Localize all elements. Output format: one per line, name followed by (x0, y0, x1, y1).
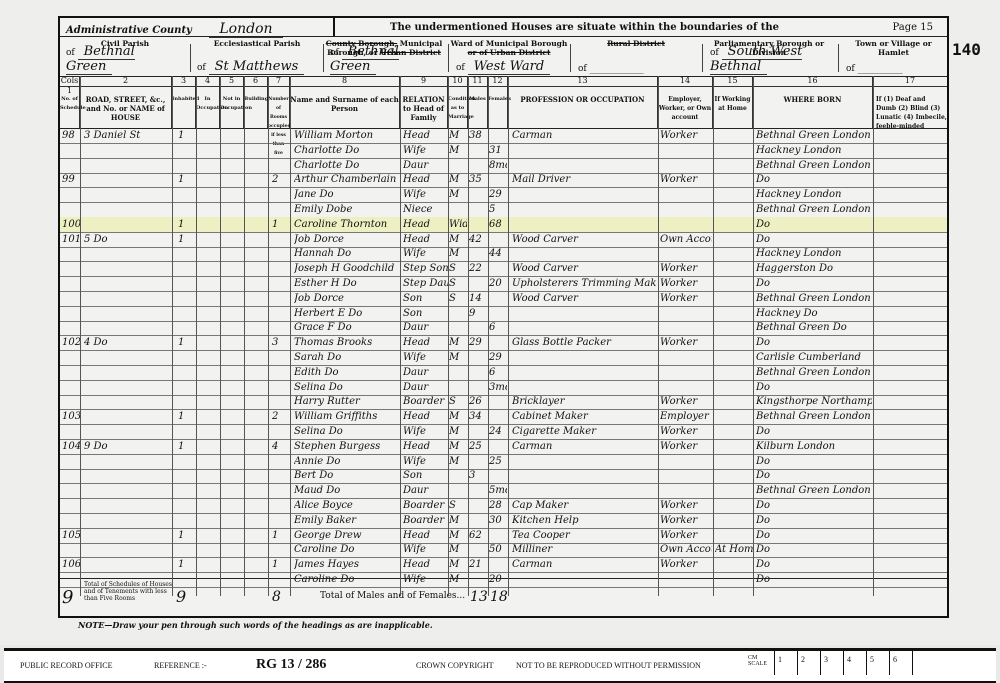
cell-rooms (272, 232, 288, 247)
total-mf-label: Total of Males and of Females... (320, 591, 465, 601)
cell-m (469, 276, 487, 291)
total-houses-value: 9 (176, 587, 186, 606)
cell-f: 20 (489, 276, 507, 291)
total-males: 13 (470, 589, 488, 605)
cell-name: Caroline Thornton (294, 217, 402, 232)
cell-cond: S (449, 394, 467, 409)
cell-home (715, 424, 753, 439)
cell-inh (178, 483, 192, 498)
cell-inh: 1 (178, 528, 192, 543)
cell-born: Do (756, 217, 872, 232)
table-row: Annie DoWifeM25Do (60, 454, 947, 470)
cell-occ: Wood Carver (512, 232, 656, 247)
cell-rel: Step Daur (403, 276, 449, 291)
table-row: Edith DoDaur6Bethnal Green London (60, 365, 947, 381)
cell-f: 3mo (489, 380, 507, 395)
table-row: Hannah DoWifeM44Hackney London (60, 246, 947, 262)
cell-sched: 104 (62, 439, 80, 454)
cell-cond: M (449, 232, 467, 247)
table-row: Emily BakerBoarderM30Kitchen HelpWorkerD… (60, 513, 947, 529)
cell-rooms (272, 187, 288, 202)
col-name: 8Name and Surname of each Person (290, 76, 400, 128)
cell-emp: Worker (660, 261, 712, 276)
cell-rooms (272, 365, 288, 380)
cell-born: Bethnal Green Do (756, 320, 872, 335)
cell-born: Do (756, 468, 872, 483)
ward: Ward of Municipal Boroughor of Urban Dis… (450, 36, 568, 76)
cell-rooms: 1 (272, 217, 288, 232)
cell-f: 44 (489, 246, 507, 261)
cell-sched (62, 306, 80, 321)
cell-address (84, 409, 170, 424)
cell-inh (178, 246, 192, 261)
cell-sched (62, 513, 80, 528)
table-row: Caroline DoWifeM50MillinerOwn AccountAt … (60, 542, 947, 558)
cell-m: 34 (469, 409, 487, 424)
cell-home (715, 276, 753, 291)
cell-address (84, 276, 170, 291)
cell-m (469, 187, 487, 202)
cell-occ: Glass Bottle Packer (512, 335, 656, 350)
cell-born: Do (756, 454, 872, 469)
cell-sched (62, 483, 80, 498)
cell-m: 62 (469, 528, 487, 543)
cell-emp: Worker (660, 439, 712, 454)
rural-district: Rural District of ____________ (572, 36, 700, 76)
cell-inh: 1 (178, 335, 192, 350)
cell-sched (62, 261, 80, 276)
cell-emp (660, 468, 712, 483)
cell-name: Sarah Do (294, 350, 402, 365)
column-rule (873, 76, 874, 596)
table-row: Herbert E DoSon9Hackney Do (60, 306, 947, 322)
cell-rooms (272, 394, 288, 409)
cell-address (84, 528, 170, 543)
cell-born: Hackney Do (756, 306, 872, 321)
cell-rooms (272, 291, 288, 306)
cell-emp: Worker (660, 498, 712, 513)
col-occupation: 13PROFESSION OR OCCUPATION (508, 76, 658, 128)
cell-rel: Head (403, 128, 449, 143)
cell-rooms (272, 246, 288, 261)
cell-sched: 102 (62, 335, 80, 350)
cell-home (715, 394, 753, 409)
cell-emp (660, 246, 712, 261)
cell-occ (512, 380, 656, 395)
cell-f (489, 232, 507, 247)
cell-occ: Upholsterers Trimming Maker (512, 276, 656, 291)
col-inhabited: 3Inhabited (172, 76, 196, 128)
cell-home (715, 232, 753, 247)
cell-f: 68 (489, 217, 507, 232)
cell-occ: Bricklayer (512, 394, 656, 409)
cell-rel: Wife (403, 454, 449, 469)
cell-f (489, 468, 507, 483)
cell-rel: Son (403, 306, 449, 321)
cell-inh (178, 306, 192, 321)
cell-cond: M (449, 439, 467, 454)
cell-cond: M (449, 143, 467, 158)
cell-f (489, 335, 507, 350)
cell-emp (660, 202, 712, 217)
cell-emp: Worker (660, 291, 712, 306)
cell-born: Haggerston Do (756, 261, 872, 276)
cell-m (469, 380, 487, 395)
cell-cond (449, 483, 467, 498)
cell-m (469, 246, 487, 261)
cell-name: Caroline Do (294, 542, 402, 557)
table-row: Job DorceSonS14Wood CarverWorkerBethnal … (60, 291, 947, 307)
cell-occ (512, 202, 656, 217)
cell-rel: Wife (403, 246, 449, 261)
cell-home (715, 365, 753, 380)
cell-emp (660, 483, 712, 498)
cell-m (469, 158, 487, 173)
cell-inh (178, 394, 192, 409)
cell-rel: Daur (403, 158, 449, 173)
cell-emp: Worker (660, 394, 712, 409)
cell-born: Do (756, 335, 872, 350)
cell-f: 8mo (489, 158, 507, 173)
cell-rel: Head (403, 335, 449, 350)
cell-occ (512, 246, 656, 261)
cell-rooms: 4 (272, 439, 288, 454)
cell-name: Charlotte Do (294, 143, 402, 158)
cell-emp: Worker (660, 424, 712, 439)
table-row: Bert DoSon3Do (60, 468, 947, 484)
cell-home (715, 483, 753, 498)
cell-born: Do (756, 513, 872, 528)
cell-f: 30 (489, 513, 507, 528)
cell-cond (449, 202, 467, 217)
cell-rel: Boarder (403, 498, 449, 513)
cell-cond: M (449, 409, 467, 424)
cell-born: Bethnal Green London (756, 158, 872, 173)
cell-inh (178, 158, 192, 173)
cell-address (84, 424, 170, 439)
cell-m (469, 498, 487, 513)
cell-rooms (272, 498, 288, 513)
table-row: Emily DobeNiece5Bethnal Green London (60, 202, 947, 218)
cell-rel: Daur (403, 320, 449, 335)
cell-m: 21 (469, 557, 487, 572)
cell-rooms (272, 542, 288, 557)
page-number: Page 15 (893, 22, 933, 33)
table-row: 1024 Do13Thomas BrooksHeadM29Glass Bottl… (60, 335, 947, 351)
column-rule (713, 76, 714, 596)
archive-footer: PUBLIC RECORD OFFICE REFERENCE :- RG 13 … (4, 648, 996, 683)
cell-cond: M (449, 172, 467, 187)
cell-m (469, 320, 487, 335)
cell-address (84, 306, 170, 321)
cell-f: 5mo (489, 483, 507, 498)
cell-emp (660, 158, 712, 173)
cell-home (715, 202, 753, 217)
cell-sched (62, 320, 80, 335)
cell-rooms (272, 261, 288, 276)
cell-home (715, 528, 753, 543)
cell-name: Alice Boyce (294, 498, 402, 513)
cell-rooms: 1 (272, 528, 288, 543)
cell-emp (660, 143, 712, 158)
cell-occ: Cigarette Maker (512, 424, 656, 439)
col-where-born: 16WHERE BORN (753, 76, 873, 128)
col-address: 2ROAD, STREET, &c., and No. or NAME of H… (80, 76, 172, 128)
cell-occ: Mail Driver (512, 172, 656, 187)
cell-address (84, 172, 170, 187)
cell-cond: M (449, 528, 467, 543)
cell-rooms (272, 128, 288, 143)
cell-born: Do (756, 557, 872, 572)
cell-f: 25 (489, 454, 507, 469)
cell-emp: Worker (660, 276, 712, 291)
cell-rooms (272, 158, 288, 173)
cell-rel: Wife (403, 542, 449, 557)
cell-address (84, 380, 170, 395)
cell-address (84, 217, 170, 232)
cell-emp (660, 454, 712, 469)
cell-rel: Wife (403, 187, 449, 202)
cell-address (84, 513, 170, 528)
cell-sched (62, 143, 80, 158)
cell-rooms (272, 306, 288, 321)
table-row: Grace F DoDaur6Bethnal Green Do (60, 320, 947, 336)
cell-f (489, 128, 507, 143)
cell-name: Arthur Chamberlain (294, 172, 402, 187)
cell-sched: 98 (62, 128, 80, 143)
cell-sched (62, 542, 80, 557)
cell-sched (62, 158, 80, 173)
cell-rel: Daur (403, 483, 449, 498)
boundaries-heading: The undermentioned Houses are situate wi… (390, 22, 779, 33)
cell-cond: M (449, 350, 467, 365)
cell-inh (178, 513, 192, 528)
cell-sched (62, 246, 80, 261)
cell-occ (512, 468, 656, 483)
cell-rooms (272, 143, 288, 158)
cell-born: Bethnal Green London (756, 409, 872, 424)
cell-m: 42 (469, 232, 487, 247)
parliamentary-borough: Parliamentary Borough or Division of Sou… (704, 36, 834, 76)
column-rule (172, 76, 173, 596)
table-row-highlighted: 10011Caroline ThorntonHeadWid68Do (60, 217, 947, 233)
cell-inh (178, 454, 192, 469)
cell-rel: Head (403, 172, 449, 187)
cell-rel: Head (403, 557, 449, 572)
census-page-image: 140 Administrative County London The und… (0, 0, 1000, 645)
cell-inh (178, 468, 192, 483)
cell-home (715, 187, 753, 202)
cell-emp: Employer (660, 409, 712, 424)
cell-m (469, 454, 487, 469)
cell-name: Job Dorce (294, 232, 402, 247)
cell-name: Jane Do (294, 187, 402, 202)
cell-name: Stephen Burgess (294, 439, 402, 454)
cell-emp: Worker (660, 513, 712, 528)
cell-home (715, 513, 753, 528)
crown-copyright: CROWN COPYRIGHT (416, 661, 494, 670)
cell-address: 9 Do (84, 439, 170, 454)
cell-emp (660, 187, 712, 202)
col-schedule: Cols 1No. of Schedule (60, 76, 80, 128)
cell-address: 4 Do (84, 335, 170, 350)
cell-born: Bethnal Green London (756, 291, 872, 306)
cell-home (715, 380, 753, 395)
total-schedules-label: Total of Schedules of Houses and of Tene… (84, 581, 172, 602)
town-village-hamlet: Town or Village or Hamlet of __________ (840, 36, 947, 76)
cell-occ (512, 158, 656, 173)
cell-name: Harry Rutter (294, 394, 402, 409)
cell-f: 29 (489, 350, 507, 365)
cell-inh (178, 143, 192, 158)
cell-address (84, 143, 170, 158)
cell-home (715, 217, 753, 232)
record-office: PUBLIC RECORD OFFICE (20, 661, 112, 670)
cell-inh: 1 (178, 128, 192, 143)
cell-occ (512, 365, 656, 380)
cell-cond: S (449, 291, 467, 306)
col-condition: 10Condition as to Marriage (448, 76, 468, 128)
cell-f (489, 306, 507, 321)
permission-notice: NOT TO BE REPRODUCED WITHOUT PERMISSION (516, 661, 701, 670)
col-building: 6Building (244, 76, 268, 128)
cell-sched: 105 (62, 528, 80, 543)
cell-f (489, 394, 507, 409)
cell-rel: Daur (403, 365, 449, 380)
cell-rel: Head (403, 439, 449, 454)
cell-name: Grace F Do (294, 320, 402, 335)
cell-born: Bethnal Green London (756, 483, 872, 498)
cell-f: 31 (489, 143, 507, 158)
cell-inh (178, 380, 192, 395)
cell-home: At Home (715, 542, 753, 557)
administrative-county: Administrative County London (60, 18, 335, 36)
cell-rel: Head (403, 232, 449, 247)
cell-home (715, 335, 753, 350)
ecclesiastical-parish: Ecclesiastical Parish of St Matthews (191, 36, 323, 76)
cell-name: Thomas Brooks (294, 335, 402, 350)
cm-scale: 123 456 (774, 651, 935, 675)
cell-rel: Boarder (403, 513, 449, 528)
cell-f (489, 439, 507, 454)
cell-name: William Griffiths (294, 409, 402, 424)
cell-sched (62, 187, 80, 202)
col-rooms: 7Number of Rooms occupied if less than f… (268, 76, 290, 128)
cell-cond: M (449, 128, 467, 143)
cell-inh: 1 (178, 557, 192, 572)
cell-address (84, 291, 170, 306)
cell-rooms (272, 468, 288, 483)
cell-occ: Wood Carver (512, 261, 656, 276)
cell-address (84, 468, 170, 483)
cell-inh (178, 291, 192, 306)
cell-address (84, 454, 170, 469)
cell-cond: M (449, 542, 467, 557)
cell-born: Hackney London (756, 187, 872, 202)
cell-m: 14 (469, 291, 487, 306)
cell-rel: Boarder (403, 394, 449, 409)
cell-home (715, 320, 753, 335)
cell-rel: Son (403, 291, 449, 306)
totals-row: 9 Total of Schedules of Houses and of Te… (60, 578, 947, 615)
cell-name: Emily Dobe (294, 202, 402, 217)
cell-f (489, 409, 507, 424)
cell-born: Kilburn London (756, 439, 872, 454)
cell-name: Annie Do (294, 454, 402, 469)
cell-m (469, 365, 487, 380)
cell-sched (62, 498, 80, 513)
cell-occ: Cap Maker (512, 498, 656, 513)
cell-home (715, 128, 753, 143)
cell-inh (178, 542, 192, 557)
cell-inh: 1 (178, 217, 192, 232)
cell-inh (178, 276, 192, 291)
table-row: Selina DoWifeM24Cigarette MakerWorkerDo (60, 424, 947, 440)
cell-inh: 1 (178, 409, 192, 424)
cell-sched: 100 (62, 217, 80, 232)
cell-name: Selina Do (294, 424, 402, 439)
cell-born: Do (756, 172, 872, 187)
side-folio-number: 140 (952, 40, 981, 59)
cell-occ (512, 483, 656, 498)
cell-m (469, 143, 487, 158)
cell-f (489, 557, 507, 572)
cell-occ: Carman (512, 128, 656, 143)
cell-born: Bethnal Green London (756, 365, 872, 380)
cell-f: 28 (489, 498, 507, 513)
table-row: Esther H DoStep DaurS20Upholsterers Trim… (60, 276, 947, 292)
cell-cond (449, 468, 467, 483)
cell-f: 50 (489, 542, 507, 557)
table-row: Sarah DoWifeM29Carlisle Cumberland (60, 350, 947, 366)
col-age-females: 12Females (488, 76, 508, 128)
cell-address (84, 158, 170, 173)
cell-occ (512, 454, 656, 469)
cell-sched (62, 291, 80, 306)
cell-m (469, 513, 487, 528)
col-infirmity: 17If (1) Deaf and Dumb (2) Blind (3) Lun… (873, 76, 947, 128)
cell-home (715, 246, 753, 261)
cell-born: Bethnal Green London (756, 128, 872, 143)
cell-born: Do (756, 276, 872, 291)
cell-cond: S (449, 498, 467, 513)
cell-sched: 99 (62, 172, 80, 187)
cell-rel: Wife (403, 143, 449, 158)
cell-rooms (272, 454, 288, 469)
cell-emp: Own Account (660, 542, 712, 557)
cell-sched (62, 424, 80, 439)
reference-number: RG 13 / 286 (256, 657, 326, 673)
cell-m: 22 (469, 261, 487, 276)
cell-cond: M (449, 246, 467, 261)
cell-m (469, 483, 487, 498)
cell-home (715, 350, 753, 365)
cell-home (715, 261, 753, 276)
cell-occ: Milliner (512, 542, 656, 557)
cell-address (84, 187, 170, 202)
cell-m: 26 (469, 394, 487, 409)
cell-emp: Worker (660, 128, 712, 143)
cell-inh (178, 350, 192, 365)
cell-m: 29 (469, 335, 487, 350)
cell-born: Do (756, 498, 872, 513)
cm-scale-label: CM SCALE (748, 655, 772, 667)
cell-address (84, 350, 170, 365)
civil-parish: Civil Parish of Bethnal Green (60, 36, 190, 76)
cell-address (84, 394, 170, 409)
cell-born: Do (756, 232, 872, 247)
cell-f: 5 (489, 202, 507, 217)
